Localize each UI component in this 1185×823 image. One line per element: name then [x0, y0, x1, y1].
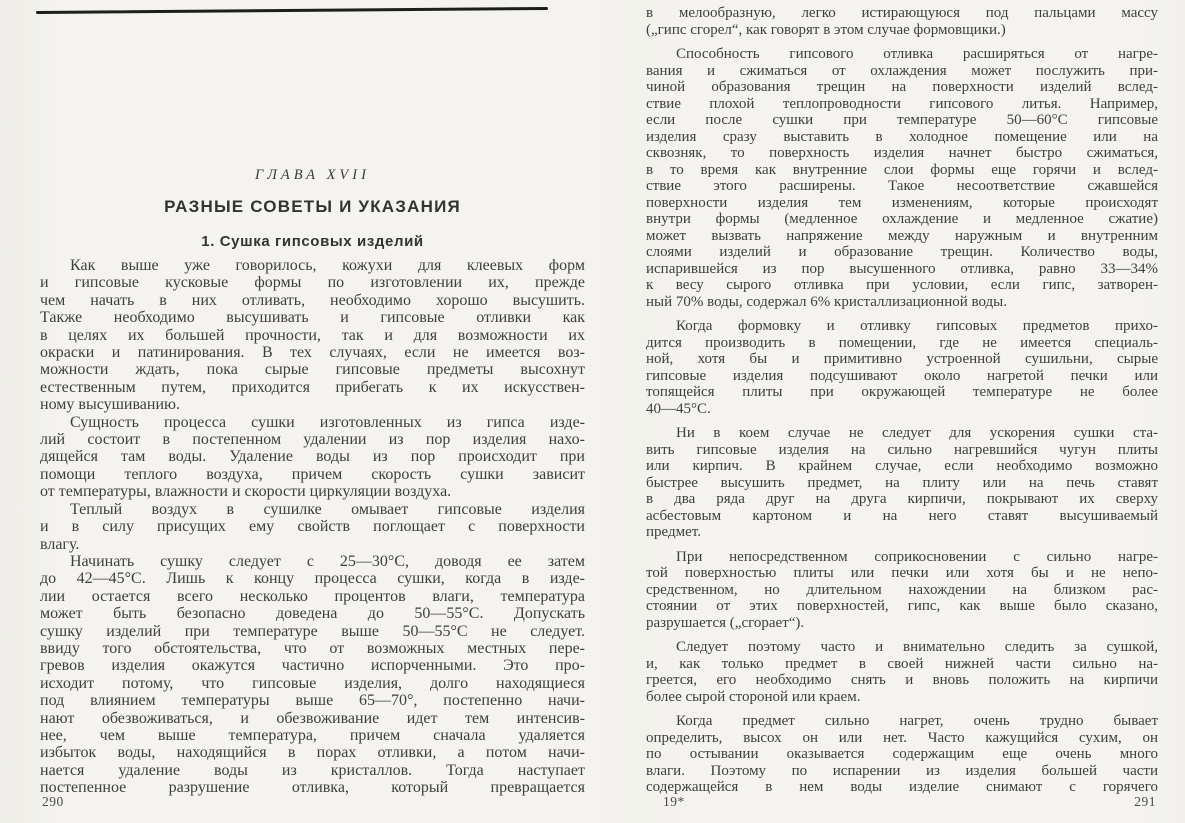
text-line: асбестовым картоном и на него ставят выс… — [646, 508, 1158, 525]
text-line: может вызвать напряжение между наружным … — [646, 228, 1158, 245]
section-heading: 1. Сушка гипсовых изделий — [40, 233, 585, 250]
text-line: ный 70% воды, содержал 6% кристаллизацио… — [646, 294, 1158, 311]
text-line: дящейся там воды. Удаление воды из пор п… — [40, 448, 585, 465]
text-line: влаги. Поэтому по испарении из изделия б… — [646, 763, 1158, 780]
text-line: 40—45°С. — [646, 401, 1158, 418]
text-line: и гипсовые кусковые формы по изготовлени… — [40, 274, 585, 291]
page-number-right: 291 — [1134, 794, 1156, 810]
text-line: от температуры, влажности и скорости цир… — [40, 483, 585, 500]
text-line: гревов изделия окажутся частично испорче… — [40, 657, 585, 674]
text-line: естественным путем, приходится прибегать… — [40, 379, 585, 396]
text-line: Также необходимо высушивать и гипсовые о… — [40, 309, 585, 326]
printer-signature-mark: 19* — [663, 794, 685, 810]
text-line: разрушается („сгорает“). — [646, 615, 1158, 632]
left-page-headings: ГЛАВА XVII РАЗНЫЕ СОВЕТЫ И УКАЗАНИЯ 1. С… — [40, 167, 585, 250]
text-line: ной, хотя бы и примитивно устроенной суш… — [646, 351, 1158, 368]
page-number-left: 290 — [42, 794, 64, 810]
text-line: слоями изделий и образование трещин. Кол… — [646, 244, 1158, 261]
paragraph: Ни в коем случае не следует для ускорени… — [646, 425, 1158, 541]
text-line: по остывании оказывается содержащим еще … — [646, 746, 1158, 763]
text-line: Как выше уже говорилось, кожухи для клее… — [40, 257, 585, 274]
text-line: определить, высох он или нет. Часто кажу… — [646, 730, 1158, 747]
paragraph: Когда предмет сильно нагрет, очень трудн… — [646, 713, 1158, 796]
text-line: в два ряда друг на друга кирпичи, покрыв… — [646, 491, 1158, 508]
right-page-body: в мелообразную, легко истирающуюся под п… — [646, 5, 1158, 796]
text-line: окраски и патинирования. В тех случаях, … — [40, 344, 585, 361]
text-line: более сырой стороной или краем. — [646, 689, 1158, 706]
text-line: стоянии от этих поверхностей, гипс, как … — [646, 598, 1158, 615]
text-line: влагу. — [40, 536, 585, 553]
text-line: той поверхностью плиты или печки или хот… — [646, 565, 1158, 582]
text-line: вить гипсовые изделия на сильно нагревши… — [646, 442, 1158, 459]
left-page: ГЛАВА XVII РАЗНЫЕ СОВЕТЫ И УКАЗАНИЯ 1. С… — [40, 0, 585, 823]
text-line: чем начать в них отливать, необходимо хо… — [40, 292, 585, 309]
text-line: Когда формовку и отливку гипсовых предме… — [646, 318, 1158, 335]
text-line: лий состоит в постепенном удалении из по… — [40, 431, 585, 448]
paragraph: При непосредственном соприкосновении с с… — [646, 549, 1158, 632]
text-line: изделия сразу выставить в холодное помещ… — [646, 129, 1158, 146]
page-title: РАЗНЫЕ СОВЕТЫ И УКАЗАНИЯ — [40, 197, 585, 217]
text-line: в целях их большей прочности, так и для … — [40, 327, 585, 344]
text-line: может быть безопасно доведена до 50—55°С… — [40, 605, 585, 622]
text-line: ствие этого расширены. Такое несоответст… — [646, 178, 1158, 195]
text-line: поверхности изделия тем изменениям, кото… — [646, 195, 1158, 212]
text-line: топящейся плиты при окружающей температу… — [646, 384, 1158, 401]
text-line: постепенное разрушение отливка, который … — [40, 779, 585, 796]
text-line: под влиянием температуры выше 65—70°, по… — [40, 692, 585, 709]
text-line: чиной образования трещин на поверхности … — [646, 79, 1158, 96]
text-line: ствие плохой теплопроводности гипсового … — [646, 96, 1158, 113]
text-line: („гипс сгорел“, как говорят в этом случа… — [646, 22, 1158, 39]
text-line: вания и сжиматься от охлаждения может по… — [646, 63, 1158, 80]
text-line: или кирпич. В крайнем случае, если необх… — [646, 458, 1158, 475]
text-line: если после сушки при температуре 50—60°С… — [646, 112, 1158, 129]
paragraph: Когда формовку и отливку гипсовых предме… — [646, 318, 1158, 417]
text-line: исходит потому, что гипсовые изделия, до… — [40, 675, 585, 692]
text-line: содержащейся в нем воды изделие снимают … — [646, 779, 1158, 796]
text-line: испарившейся из пор высушенного отливка,… — [646, 261, 1158, 278]
text-line: к весу сырого отливка при условии, если … — [646, 277, 1158, 294]
paragraph: Способность гипсового отливка расширятьс… — [646, 46, 1158, 310]
paragraph: Теплый воздух в сушилке омывает гипсовые… — [40, 501, 585, 553]
paragraph: Как выше уже говорилось, кожухи для клее… — [40, 257, 585, 414]
left-page-body: Как выше уже говорилось, кожухи для клее… — [40, 257, 585, 797]
paragraph: в мелообразную, легко истирающуюся под п… — [646, 5, 1158, 38]
text-line: нают обезвоживаться, и обезвоживание иде… — [40, 710, 585, 727]
text-line: и, как только предмет в своей нижней час… — [646, 656, 1158, 673]
text-line: греется, его необходимо снять и вновь по… — [646, 672, 1158, 689]
text-line: избыток воды, находящийся в порах отливк… — [40, 744, 585, 761]
paragraph: Сущность процесса сушки изготовленных из… — [40, 414, 585, 501]
book-scan: ГЛАВА XVII РАЗНЫЕ СОВЕТЫ И УКАЗАНИЯ 1. С… — [0, 0, 1185, 823]
text-line: нее, чем выше температура, причем сначал… — [40, 727, 585, 744]
text-line: ввиду того обстоятельства, что от возмож… — [40, 640, 585, 657]
text-line: дится производить в помещении, где не им… — [646, 335, 1158, 352]
text-line: в то время как внутренние слои формы еще… — [646, 162, 1158, 179]
text-line: нается удаление воды из кристаллов. Тогд… — [40, 762, 585, 779]
text-line: быстрее высушить предмет, на плиту или н… — [646, 475, 1158, 492]
text-line: в мелообразную, легко истирающуюся под п… — [646, 5, 1158, 22]
text-line: лии остается всего несколько процентов в… — [40, 588, 585, 605]
text-line: и в силу присущих ему свойств поглощает … — [40, 518, 585, 535]
text-line: средственном, но длительном нахождении н… — [646, 582, 1158, 599]
text-line: внутри формы (медленное охлаждение и мед… — [646, 211, 1158, 228]
text-line: Ни в коем случае не следует для ускорени… — [646, 425, 1158, 442]
text-line: Сущность процесса сушки изготовленных из… — [40, 414, 585, 431]
text-line: Теплый воздух в сушилке омывает гипсовые… — [40, 501, 585, 518]
text-line: При непосредственном соприкосновении с с… — [646, 549, 1158, 566]
paragraph: Начинать сушку следует с 25—30°С, доводя… — [40, 553, 585, 797]
text-line: помощи теплого воздуха, причем скорость … — [40, 466, 585, 483]
text-line: Способность гипсового отливка расширятьс… — [646, 46, 1158, 63]
text-line: до 42—45°С. Лишь к концу процесса сушки,… — [40, 570, 585, 587]
text-line: предмет. — [646, 524, 1158, 541]
text-line: ному высушиванию. — [40, 396, 585, 413]
right-page: в мелообразную, легко истирающуюся под п… — [646, 0, 1158, 823]
text-line: сушку изделий при температуре выше 50—55… — [40, 623, 585, 640]
paragraph: Следует поэтому часто и внимательно след… — [646, 639, 1158, 705]
text-line: сквозняк, то поверхность изделия начнет … — [646, 145, 1158, 162]
text-line: Когда предмет сильно нагрет, очень трудн… — [646, 713, 1158, 730]
text-line: Следует поэтому часто и внимательно след… — [646, 639, 1158, 656]
text-line: можности ждать, пока сырые гипсовые пред… — [40, 361, 585, 378]
text-line: гипсовые изделия подсушивают около нагре… — [646, 368, 1158, 385]
chapter-heading: ГЛАВА XVII — [40, 167, 585, 184]
text-line: Начинать сушку следует с 25—30°С, доводя… — [40, 553, 585, 570]
